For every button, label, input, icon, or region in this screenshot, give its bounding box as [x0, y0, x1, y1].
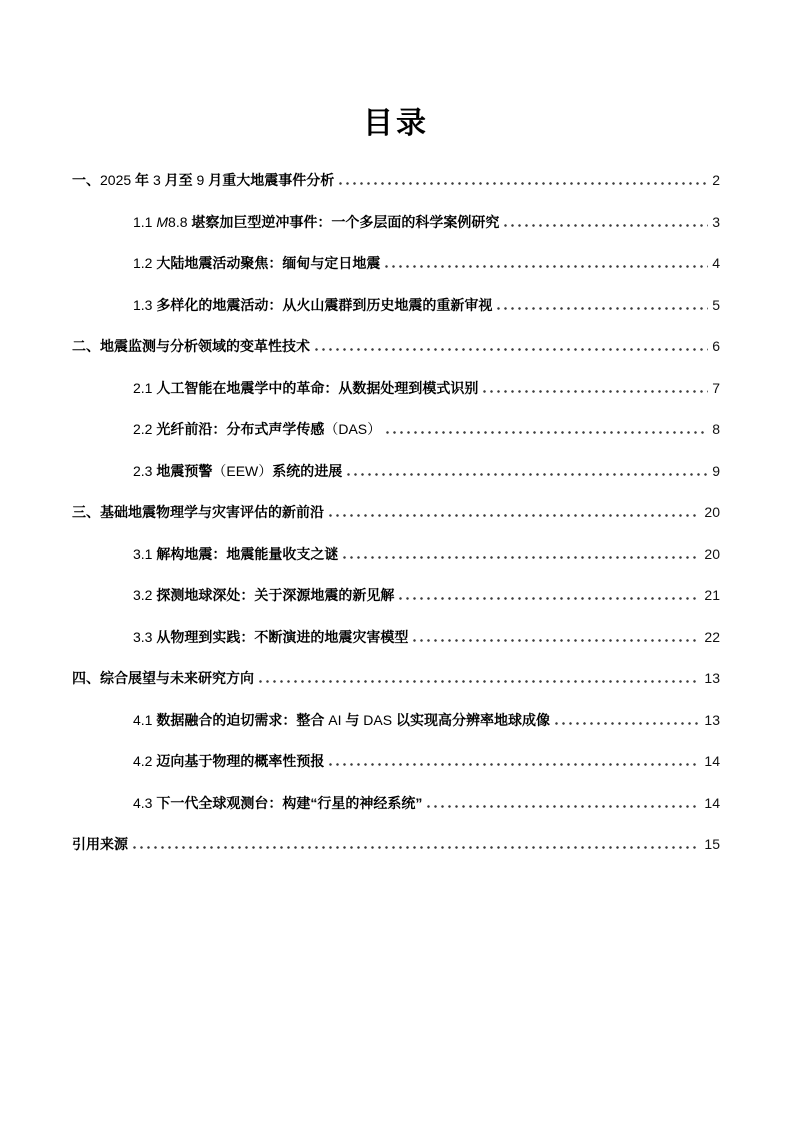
toc-page-number: 4 — [712, 255, 720, 271]
toc-leader-dots — [385, 265, 708, 268]
toc-entry-text: 2.2 光纤前沿：分布式声学传感（DAS） — [133, 421, 381, 438]
toc-entry-segment: 以实现高分辨率地球成像 — [396, 712, 550, 728]
toc-entry-segment: AI — [324, 712, 345, 728]
toc-page-number: 5 — [712, 297, 720, 313]
toc-entry-segment: 2025 — [100, 172, 131, 188]
toc-row[interactable]: 1.2 大陆地震活动聚焦：缅甸与定日地震 4 — [72, 243, 720, 285]
toc-entry-text: 4.2 迈向基于物理的概率性预报 — [133, 753, 324, 770]
toc-entry-text: 4.1 数据融合的迫切需求：整合 AI 与 DAS 以实现高分辨率地球成像 — [133, 712, 550, 729]
toc-leader-dots — [413, 639, 700, 642]
toc-row[interactable]: 4.2 迈向基于物理的概率性预报 14 — [72, 741, 720, 783]
toc-entry-segment: 解构地震：地震能量收支之谜 — [156, 546, 338, 562]
toc-leader-dots — [329, 514, 700, 517]
toc-entry-segment: 2.2 — [133, 421, 156, 437]
toc-leader-dots — [343, 556, 700, 559]
toc-page-number: 6 — [712, 338, 720, 354]
toc-entry-text: 3.3 从物理到实践：不断演进的地震灾害模型 — [133, 629, 408, 646]
toc-page-number: 8 — [712, 421, 720, 437]
toc-entry-text: 一、2025 年 3 月至 9 月重大地震事件分析 — [72, 172, 334, 189]
toc-leader-dots — [315, 348, 708, 351]
toc-row[interactable]: 1.1 M8.8 堪察加巨型逆冲事件：一个多层面的科学案例研究 3 — [72, 202, 720, 244]
toc-row[interactable]: 一、2025 年 3 月至 9 月重大地震事件分析 2 — [72, 160, 720, 202]
toc-row[interactable]: 2.1 人工智能在地震学中的革命：从数据处理到模式识别 7 — [72, 368, 720, 410]
toc-row[interactable]: 引用来源 15 — [72, 824, 720, 866]
toc-entry-segment: 4.2 — [133, 753, 156, 769]
toc-entry-segment: 年 — [131, 172, 153, 188]
toc-row[interactable]: 4.1 数据融合的迫切需求：整合 AI 与 DAS 以实现高分辨率地球成像 13 — [72, 700, 720, 742]
toc-entry-text: 三、基础地震物理学与灾害评估的新前沿 — [72, 504, 324, 521]
toc-leader-dots — [259, 680, 700, 683]
toc-entry-segment: 光纤前沿：分布式声学传感 — [156, 421, 324, 437]
toc-entry-text: 3.2 探测地球深处：关于深源地震的新见解 — [133, 587, 394, 604]
toc-entry-segment: 一、 — [72, 172, 100, 188]
toc-entry-segment: 与 — [345, 712, 359, 728]
toc-entry-text: 4.3 下一代全球观测台：构建“行星的神经系统” — [133, 795, 422, 812]
toc-page-number: 14 — [704, 795, 720, 811]
toc-entry-segment: 3.2 — [133, 587, 156, 603]
toc-entry-segment: 二、地震监测与分析领域的变革性技术 — [72, 338, 310, 354]
toc-row[interactable]: 1.3 多样化的地震活动：从火山震群到历史地震的重新审视 5 — [72, 285, 720, 327]
toc-entry-segment: 探测地球深处：关于深源地震的新见解 — [156, 587, 394, 603]
toc-leader-dots — [133, 846, 700, 849]
toc-leader-dots — [339, 182, 708, 185]
toc-entry-segment: 2.3 — [133, 463, 156, 479]
toc-page-number: 3 — [712, 214, 720, 230]
document-page: 目录 一、2025 年 3 月至 9 月重大地震事件分析 2 1.1 M8.8 … — [0, 0, 793, 1122]
toc-entry-segment: 月至 — [161, 172, 197, 188]
toc-entry-segment: 4.1 — [133, 712, 156, 728]
toc-entry-segment: 3.1 — [133, 546, 156, 562]
toc-row[interactable]: 2.2 光纤前沿：分布式声学传感（DAS） 8 — [72, 409, 720, 451]
toc-entry-text: 3.1 解构地震：地震能量收支之谜 — [133, 546, 338, 563]
toc-page-number: 14 — [704, 753, 720, 769]
toc-entry-segment: 3.3 — [133, 629, 156, 645]
toc-leader-dots — [399, 597, 700, 600]
toc-page-number: 13 — [704, 712, 720, 728]
toc-entry-segment: 迈向基于物理的概率性预报 — [156, 753, 324, 769]
toc-row[interactable]: 三、基础地震物理学与灾害评估的新前沿 20 — [72, 492, 720, 534]
toc-entry-text: 1.3 多样化的地震活动：从火山震群到历史地震的重新审视 — [133, 297, 492, 314]
toc-entry-text: 2.3 地震预警（EEW）系统的进展 — [133, 463, 342, 480]
toc-leader-dots — [386, 431, 708, 434]
toc-entry-segment: 三、基础地震物理学与灾害评估的新前沿 — [72, 504, 324, 520]
toc-entry-segment: DAS — [359, 712, 396, 728]
toc-row[interactable]: 3.3 从物理到实践：不断演进的地震灾害模型 22 — [72, 617, 720, 659]
toc-row[interactable]: 2.3 地震预警（EEW）系统的进展 9 — [72, 451, 720, 493]
toc-entry-segment: 下一代全球观测台：构建“行星的神经系统” — [156, 795, 422, 811]
toc-page-number: 15 — [704, 836, 720, 852]
toc-entry-segment: 人工智能在地震学中的革命：从数据处理到模式识别 — [156, 380, 478, 396]
toc-page-number: 20 — [704, 546, 720, 562]
toc-title: 目录 — [72, 106, 720, 142]
toc-entry-text: 四、综合展望与未来研究方向 — [72, 670, 254, 687]
toc-entry-segment: 1.1 — [133, 214, 156, 230]
toc-entry-text: 1.1 M8.8 堪察加巨型逆冲事件：一个多层面的科学案例研究 — [133, 214, 499, 231]
toc-leader-dots — [504, 224, 708, 227]
toc-entry-segment: 3 — [153, 172, 161, 188]
toc-page-number: 20 — [704, 504, 720, 520]
toc-entry-text: 2.1 人工智能在地震学中的革命：从数据处理到模式识别 — [133, 380, 478, 397]
toc-entry-segment: 1.2 — [133, 255, 156, 271]
toc-row[interactable]: 3.1 解构地震：地震能量收支之谜 20 — [72, 534, 720, 576]
toc-entry-segment: （DAS） — [324, 421, 381, 437]
toc-row[interactable]: 4.3 下一代全球观测台：构建“行星的神经系统” 14 — [72, 783, 720, 825]
toc-entry-segment: 堪察加巨型逆冲事件：一个多层面的科学案例研究 — [191, 214, 499, 230]
toc-page-number: 7 — [712, 380, 720, 396]
toc-page-number: 21 — [704, 587, 720, 603]
toc-entry-segment: 地震预警 — [156, 463, 212, 479]
toc-leader-dots — [483, 390, 708, 393]
toc-list: 一、2025 年 3 月至 9 月重大地震事件分析 2 1.1 M8.8 堪察加… — [72, 160, 720, 866]
toc-page-number: 22 — [704, 629, 720, 645]
toc-entry-segment: 月重大地震事件分析 — [204, 172, 334, 188]
toc-entry-text: 引用来源 — [72, 836, 128, 853]
toc-page-number: 13 — [704, 670, 720, 686]
toc-leader-dots — [497, 307, 708, 310]
toc-entry-segment: 引用来源 — [72, 836, 128, 852]
toc-entry-segment: M — [156, 214, 168, 230]
toc-entry-segment: 从物理到实践：不断演进的地震灾害模型 — [156, 629, 408, 645]
toc-leader-dots — [555, 722, 700, 725]
toc-page-number: 9 — [712, 463, 720, 479]
toc-leader-dots — [329, 763, 700, 766]
toc-row[interactable]: 四、综合展望与未来研究方向 13 — [72, 658, 720, 700]
toc-row[interactable]: 二、地震监测与分析领域的变革性技术 6 — [72, 326, 720, 368]
toc-entry-segment: 多样化的地震活动：从火山震群到历史地震的重新审视 — [156, 297, 492, 313]
toc-entry-text: 1.2 大陆地震活动聚焦：缅甸与定日地震 — [133, 255, 380, 272]
toc-page-number: 2 — [712, 172, 720, 188]
toc-entry-segment: 数据融合的迫切需求：整合 — [156, 712, 324, 728]
toc-entry-segment: 1.3 — [133, 297, 156, 313]
toc-entry-text: 二、地震监测与分析领域的变革性技术 — [72, 338, 310, 355]
toc-leader-dots — [347, 473, 708, 476]
toc-entry-segment: （EEW） — [212, 463, 272, 479]
toc-entry-segment: 大陆地震活动聚焦：缅甸与定日地震 — [156, 255, 380, 271]
toc-leader-dots — [427, 805, 700, 808]
toc-entry-segment: 系统的进展 — [272, 463, 342, 479]
toc-entry-segment: 4.3 — [133, 795, 156, 811]
toc-entry-segment: 2.1 — [133, 380, 156, 396]
toc-entry-segment: 四、综合展望与未来研究方向 — [72, 670, 254, 686]
toc-entry-segment: 8.8 — [168, 214, 191, 230]
toc-row[interactable]: 3.2 探测地球深处：关于深源地震的新见解 21 — [72, 575, 720, 617]
